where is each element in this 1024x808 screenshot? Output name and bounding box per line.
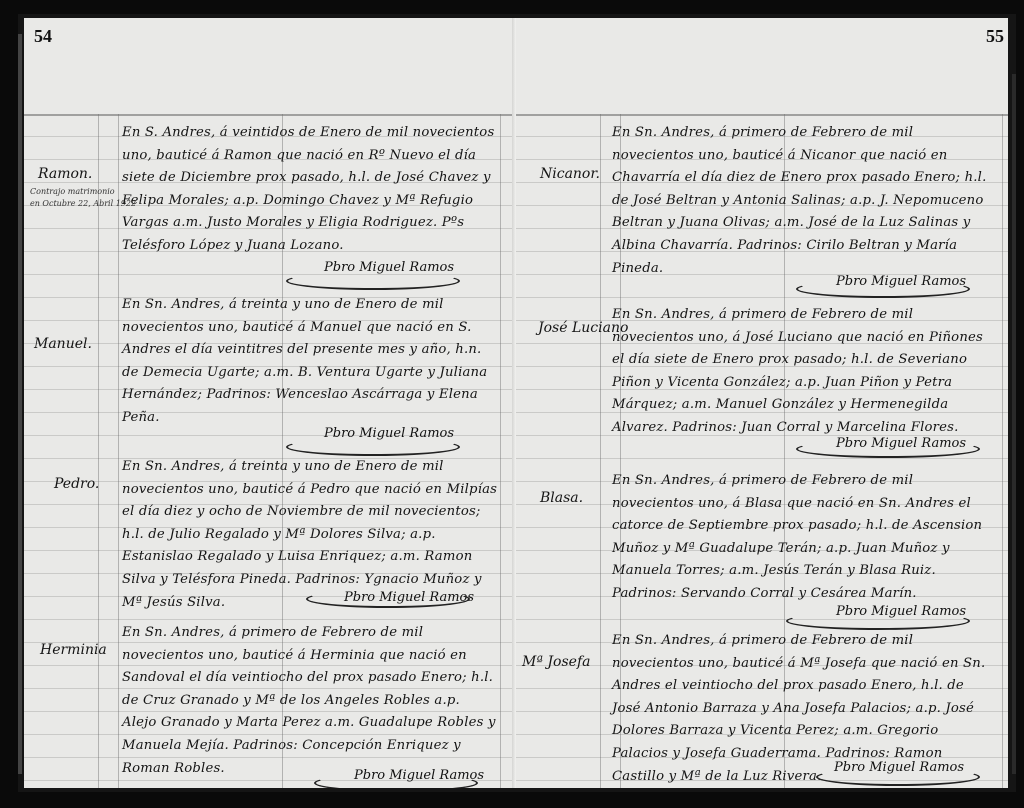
page-number-right: 55 xyxy=(986,26,1004,47)
column-rule xyxy=(500,114,501,788)
signature-flourish xyxy=(796,440,980,458)
left-page: 54 Ramon. Contrajo matrimonio en Octubre… xyxy=(24,18,516,788)
entry-text: En S. Andres, á veintidos de Enero de mi… xyxy=(122,122,498,258)
margin-name: Mª Josefa xyxy=(522,654,590,670)
signature-flourish xyxy=(816,768,980,786)
entry-text: En Sn. Andres, á primero de Febrero de m… xyxy=(612,122,988,280)
signature-flourish xyxy=(286,438,460,456)
margin-name: Nicanor. xyxy=(540,166,600,182)
margin-annotation: en Octubre 22, Abril 1922 xyxy=(30,198,136,209)
left-book-edge xyxy=(18,34,22,774)
entry-text: En Sn. Andres, á primero de Febrero de m… xyxy=(612,304,988,440)
right-page: 55 Nicanor. En Sn. Andres, á primero de … xyxy=(516,18,1008,788)
signature-flourish xyxy=(306,590,470,608)
margin-name: Pedro. xyxy=(54,476,99,492)
margin-name: Herminia xyxy=(40,642,107,658)
column-rule xyxy=(1002,114,1003,788)
page-number-left: 54 xyxy=(34,26,52,47)
margin-name: Blasa. xyxy=(540,490,583,506)
entry-text: En Sn. Andres, á primero de Febrero de m… xyxy=(612,470,988,606)
signature-flourish xyxy=(786,612,970,630)
header-rule xyxy=(516,114,1008,116)
signature-flourish xyxy=(286,272,460,290)
margin-name: Ramon. xyxy=(38,166,92,182)
right-book-edge xyxy=(1012,74,1016,774)
margin-annotation: Contrajo matrimonio xyxy=(30,186,115,197)
column-rule xyxy=(118,114,119,788)
entry-text: En Sn. Andres, á primero de Febrero de m… xyxy=(122,622,498,780)
entry-text: En Sn. Andres, á treinta y uno de Enero … xyxy=(122,294,498,430)
signature-flourish xyxy=(314,774,478,788)
margin-name: Manuel. xyxy=(34,336,92,352)
column-rule xyxy=(600,114,601,788)
column-rule xyxy=(98,114,99,788)
signature-flourish xyxy=(796,280,970,298)
register-book: 54 Ramon. Contrajo matrimonio en Octubre… xyxy=(18,14,1016,792)
